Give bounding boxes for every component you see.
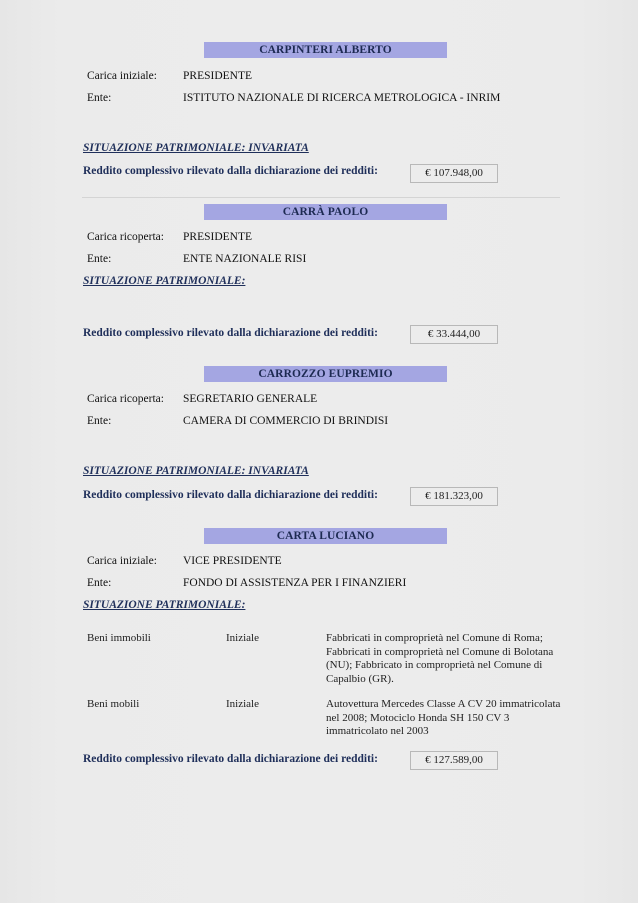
- role-value: SEGRETARIO GENERALE: [183, 393, 317, 405]
- asset-situation-heading: SITUAZIONE PATRIMONIALE:: [83, 275, 245, 287]
- asset-situation-heading: SITUAZIONE PATRIMONIALE:: [83, 599, 245, 611]
- role-value: VICE PRESIDENTE: [183, 555, 282, 567]
- entity-value: ISTITUTO NAZIONALE DI RICERCA METROLOGIC…: [183, 92, 500, 104]
- entity-label: Ente:: [87, 253, 111, 265]
- income-label: Reddito complessivo rilevato dalla dichi…: [83, 165, 378, 177]
- income-value: € 107.948,00: [410, 164, 498, 183]
- asset-description: Fabbricati in comproprietà nel Comune di…: [326, 632, 566, 686]
- income-value: € 181.323,00: [410, 487, 498, 506]
- role-label: Carica iniziale:: [87, 70, 157, 82]
- entity-value: CAMERA DI COMMERCIO DI BRINDISI: [183, 415, 388, 427]
- person-name-header: CARROZZO EUPREMIO: [204, 366, 447, 382]
- income-value: € 33.444,00: [410, 325, 498, 344]
- asset-category: Beni mobili: [87, 698, 139, 712]
- income-label: Reddito complessivo rilevato dalla dichi…: [83, 327, 378, 339]
- asset-situation-heading: SITUAZIONE PATRIMONIALE: INVARIATA: [83, 142, 309, 154]
- person-name-header: CARTA LUCIANO: [204, 528, 447, 544]
- entity-label: Ente:: [87, 577, 111, 589]
- person-name-header: CARRÀ PAOLO: [204, 204, 447, 220]
- asset-situation-heading: SITUAZIONE PATRIMONIALE: INVARIATA: [83, 465, 309, 477]
- person-name-header: CARPINTERI ALBERTO: [204, 42, 447, 58]
- asset-category: Beni immobili: [87, 632, 151, 646]
- role-value: PRESIDENTE: [183, 231, 252, 243]
- role-label: Carica ricoperta:: [87, 231, 164, 243]
- entity-label: Ente:: [87, 92, 111, 104]
- section-divider: [82, 197, 560, 198]
- entity-value: ENTE NAZIONALE RISI: [183, 253, 306, 265]
- entity-label: Ente:: [87, 415, 111, 427]
- asset-status: Iniziale: [226, 632, 259, 646]
- income-label: Reddito complessivo rilevato dalla dichi…: [83, 753, 378, 765]
- role-value: PRESIDENTE: [183, 70, 252, 82]
- income-value: € 127.589,00: [410, 751, 498, 770]
- document-page: CARPINTERI ALBERTO Carica iniziale: PRES…: [0, 0, 638, 903]
- role-label: Carica ricoperta:: [87, 393, 164, 405]
- income-label: Reddito complessivo rilevato dalla dichi…: [83, 489, 378, 501]
- asset-status: Iniziale: [226, 698, 259, 712]
- role-label: Carica iniziale:: [87, 555, 157, 567]
- asset-description: Autovettura Mercedes Classe A CV 20 imma…: [326, 698, 566, 739]
- entity-value: FONDO DI ASSISTENZA PER I FINANZIERI: [183, 577, 406, 589]
